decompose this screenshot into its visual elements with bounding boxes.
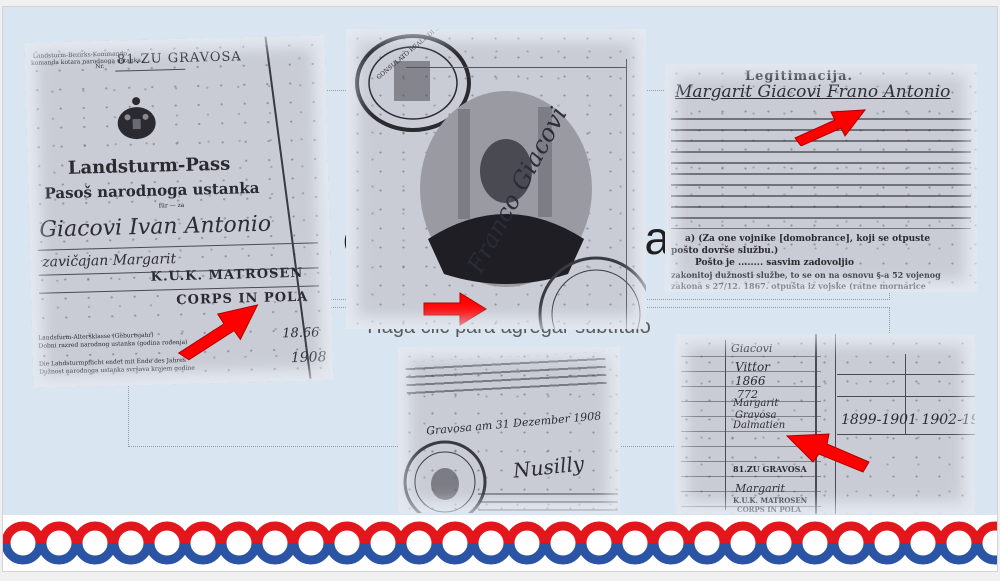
round-seal-icon: [536, 254, 646, 329]
holder-name: Margarit Giacovi Frano Antonio: [675, 82, 950, 102]
photo-discharge-certificate[interactable]: Gravosa am 31 Dezember 1908 Nusilly: [398, 347, 620, 513]
legitimacija-line-a: a) (Za one vojnike [domobrance], koji se…: [685, 234, 930, 244]
seal-icon: [402, 439, 488, 513]
legitimacija-line-e: zakona s 27/12. 1867. otpušta iz vojske …: [671, 281, 926, 291]
record-entry: 1866: [735, 374, 766, 388]
double-headed-eagle-icon: [113, 94, 160, 143]
legitimacija-line-d: zakonitoj dužnosti službe, to se on na o…: [671, 270, 941, 280]
legitimacija-line-b: pošto dovrše službu.): [671, 246, 778, 256]
record-entry: Vittor: [735, 360, 770, 374]
end-year-value: 1908: [291, 349, 327, 366]
record-entry: Dalmatien: [733, 420, 785, 431]
legitimacija-line-c: Pošto je ........ sasvim zadovoljio: [695, 258, 854, 268]
record-entry: Giacovi: [731, 342, 772, 355]
photo-landsturm-pass[interactable]: Landsturm-Bezirks-Kommando komanda kotar…: [25, 35, 334, 388]
birth-year-value: 18.66: [282, 325, 320, 341]
photo-legitimacija[interactable]: Legitimacija. Margarit Giacovi Frano Ant…: [665, 64, 977, 292]
fur-label: für — za: [159, 202, 185, 210]
slide-canvas[interactable]: Haga clic para agregar título Haga clic …: [2, 6, 998, 572]
printed-lines: [478, 487, 618, 511]
stamp-line-2: CORPS IN POLA: [737, 505, 801, 514]
record-entry: Margarit: [733, 398, 778, 409]
nr-label: Nr.: [95, 63, 105, 70]
record-place: Margarit: [735, 482, 785, 495]
chain-border-decoration: [3, 519, 998, 567]
stamp-line-1: K.U.K. MATROSEN: [733, 496, 807, 505]
photo-service-record[interactable]: Giacovi Vittor 1866 772 Margarit Gravosa…: [675, 334, 975, 514]
pass-title-de: Landsturm-Pass: [68, 154, 231, 179]
photo-portrait-passport[interactable]: CONSULATO REALE DI SERBIA Franco Giacovi: [346, 29, 646, 329]
service-years: 1899-1901 1902-1907: [841, 412, 975, 428]
